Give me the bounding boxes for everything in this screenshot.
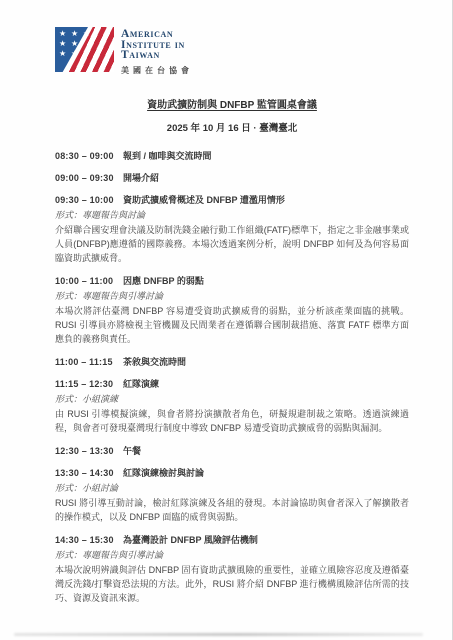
agenda-time: 13:30 – 14:30 [55,467,123,479]
star-icon: ★ [83,30,90,38]
star-icon: ★ [71,50,78,58]
agenda-item-head: 14:30 – 15:30 為臺灣設計 DNFBP 風險評估機制 [55,534,409,546]
agenda-format: 形式：專題報告與引導討論 [55,290,409,302]
agenda-time: 08:30 – 09:00 [55,150,123,162]
agenda-item: 09:00 – 09:30 開場介紹 [55,172,409,184]
agenda-item: 11:15 – 12:30 紅隊演練 形式：小組演練 由 RUSI 引導模擬演練… [55,378,409,435]
agenda-description: 介紹聯合國安理會決議及防制洗錢金融行動工作組織(FATF)標準下，指定之非金融事… [55,223,409,265]
agenda-item: 10:00 – 11:00 因應 DNFBP 的弱點 形式：專題報告與引導討論 … [55,275,409,346]
agenda-item: 08:30 – 09:00 報到 / 咖啡與交流時間 [55,150,409,162]
agenda-item-head: 13:30 – 14:30 紅隊演練檢討與討論 [55,467,409,479]
agenda-description: 本場次說明辨識與評估 DNFBP 固有資助武擴風險的重要性，並確立風險容忍度及遵… [55,563,409,605]
agenda-title: 報到 / 咖啡與交流時間 [123,150,409,162]
agenda-title: 開場介紹 [123,172,409,184]
agenda-title: 紅隊演練檢討與討論 [123,467,409,479]
star-icon: ★ [59,30,66,38]
agenda-title: 資助武擴威脅概述及 DNFBP 遭濫用情形 [123,194,409,206]
agenda-time: 10:00 – 11:00 [55,275,123,287]
agenda-format: 形式：專題報告與引導討論 [55,549,409,561]
agenda-description: 由 RUSI 引導模擬演練，與會者將扮演擴散者角色，研擬規避制裁之策略。透過演練… [55,407,409,435]
star-icon: ★ [71,30,78,38]
agenda-description: 本場次將評估臺灣 DNFBP 容易遭受資助武擴威脅的弱點，並分析該產業面臨的挑戰… [55,304,409,346]
agenda-list: 08:30 – 09:00 報到 / 咖啡與交流時間 09:00 – 09:30… [55,150,409,605]
agenda-time: 09:30 – 10:00 [55,194,123,206]
agenda-title: 因應 DNFBP 的弱點 [123,275,409,287]
star-icon: ★ [59,50,66,58]
agenda-title: 為臺灣設計 DNFBP 風險評估機制 [123,534,409,546]
agenda-title: 茶敘與交流時間 [123,356,409,368]
title-block: 資助武擴防制與 DNFBP 監管圓桌會議 2025 年 10 月 16 日 · … [55,96,409,134]
agenda-item: 14:30 – 15:30 為臺灣設計 DNFBP 風險評估機制 形式：專題報告… [55,534,409,605]
document-title: 資助武擴防制與 DNFBP 監管圓桌會議 [55,96,409,111]
scan-shadow [14,633,423,636]
ait-flag-icon: ★ ★ ★ ★ ★ ★ ★ [55,27,114,72]
document-date-location: 2025 年 10 月 16 日 · 臺灣臺北 [55,120,409,134]
org-name-en-line1: American [121,29,193,40]
agenda-time: 11:00 – 11:15 [55,356,123,368]
agenda-format: 形式：小組演練 [55,393,409,405]
agenda-item-head: 10:00 – 11:00 因應 DNFBP 的弱點 [55,275,409,287]
agenda-item-head: 12:30 – 13:30 午餐 [55,445,409,457]
star-icon: ★ [59,40,66,48]
ait-logo-text: American Institute in Taiwan 美國在台協會 [121,27,193,76]
agenda-item-head: 09:00 – 09:30 開場介紹 [55,172,409,184]
star-icon: ★ [71,40,78,48]
agenda-title: 紅隊演練 [123,378,409,390]
org-name-en-line3: Taiwan [121,50,193,61]
agenda-time: 09:00 – 09:30 [55,172,123,184]
agenda-format: 形式：小組討論 [55,482,409,494]
agenda-time: 14:30 – 15:30 [55,534,123,546]
agenda-item-head: 11:00 – 11:15 茶敘與交流時間 [55,356,409,368]
org-name-zh: 美國在台協會 [121,65,193,76]
agenda-title: 午餐 [123,445,409,457]
agenda-description: RUSI 將引導互動討論，檢討紅隊演練及各組的發現。本討論協助與會者深入了解擴散… [55,496,409,524]
agenda-time: 12:30 – 13:30 [55,445,123,457]
agenda-item: 11:00 – 11:15 茶敘與交流時間 [55,356,409,368]
agenda-item-head: 08:30 – 09:00 報到 / 咖啡與交流時間 [55,150,409,162]
document-page: ★ ★ ★ ★ ★ ★ ★ American Institute in Taiw… [0,0,453,640]
agenda-item-head: 11:15 – 12:30 紅隊演練 [55,378,409,390]
ait-logo: ★ ★ ★ ★ ★ ★ ★ American Institute in Taiw… [55,27,409,76]
agenda-format: 形式：專題報告與討論 [55,209,409,221]
agenda-item-head: 09:30 – 10:00 資助武擴威脅概述及 DNFBP 遭濫用情形 [55,194,409,206]
agenda-item: 12:30 – 13:30 午餐 [55,445,409,457]
agenda-item: 09:30 – 10:00 資助武擴威脅概述及 DNFBP 遭濫用情形 形式：專… [55,194,409,265]
agenda-time: 11:15 – 12:30 [55,378,123,390]
agenda-item: 13:30 – 14:30 紅隊演練檢討與討論 形式：小組討論 RUSI 將引導… [55,467,409,524]
